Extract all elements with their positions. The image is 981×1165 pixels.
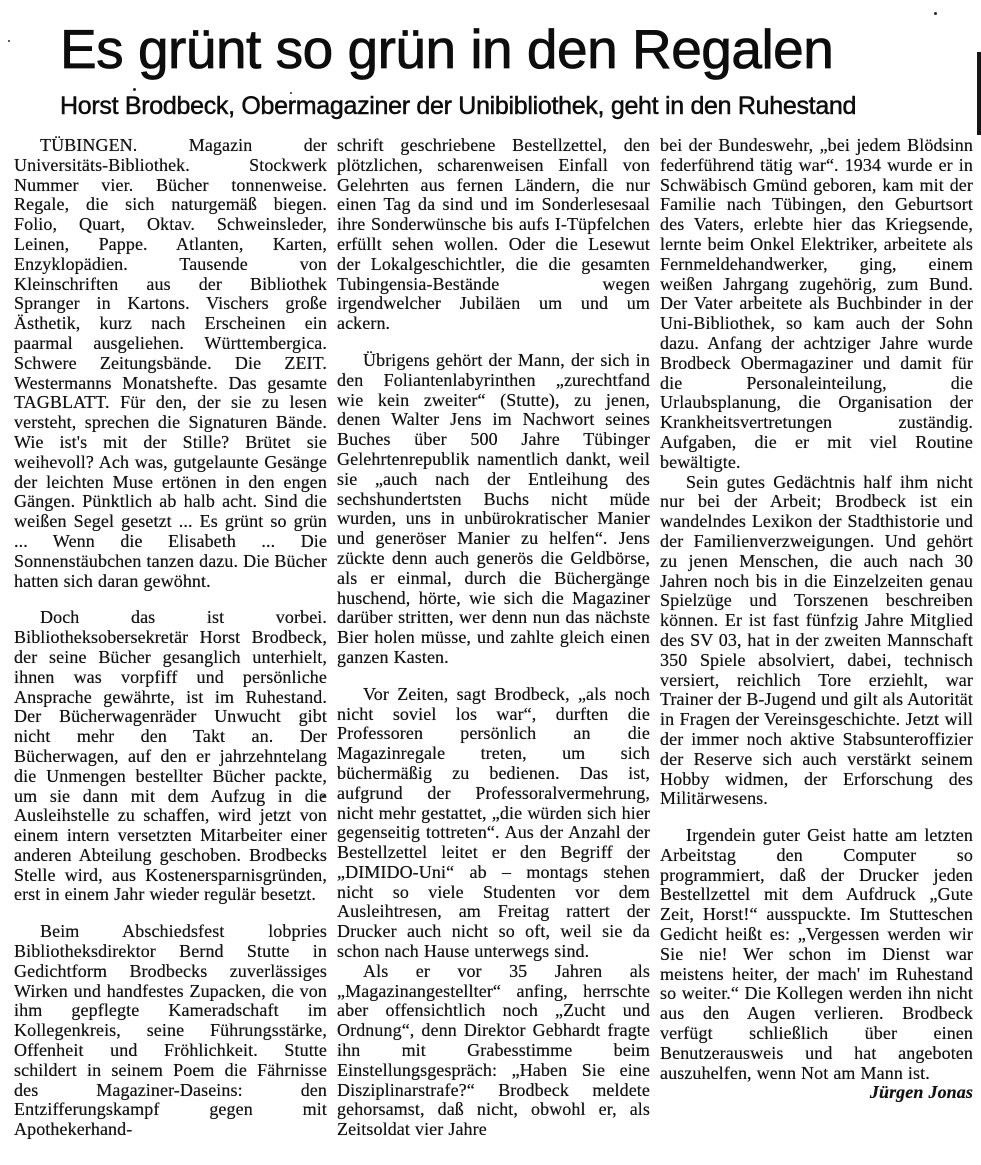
article-subheadline: Horst Brodbeck, Obermagaziner der Unibib…	[60, 92, 981, 120]
scan-speck	[290, 92, 292, 94]
article-columns: TÜBINGEN. Magazin der Universitäts-Bibli…	[0, 136, 981, 1140]
scan-speck	[322, 795, 325, 798]
article-column-1: TÜBINGEN. Magazin der Universitäts-Bibli…	[14, 136, 327, 1140]
newspaper-page: Es grünt so grün in den Regalen Horst Br…	[0, 0, 981, 1165]
paragraph: Beim Abschiedsfest lobpries Bibliotheksd…	[14, 922, 327, 1140]
article-headline: Es grünt so grün in den Regalen	[60, 0, 981, 78]
article-column-3: bei der Bundeswehr, „bei jedem Blödsinn …	[660, 136, 973, 1140]
paragraph: schrift geschriebene Bestellzettel, den …	[337, 136, 650, 334]
scan-speck	[8, 40, 10, 42]
paragraph: Vor Zeiten, sagt Brodbeck, „als noch nic…	[337, 685, 650, 962]
paragraph: Übrigens gehört der Mann, der sich in de…	[337, 351, 650, 668]
scan-speck	[934, 12, 937, 15]
paragraph: Irgendein guter Geist hatte am letzten A…	[660, 826, 973, 1083]
paragraph: Sein gutes Gedächtnis half ihm nicht nur…	[660, 473, 973, 810]
paragraph: Als er vor 35 Jahren als „Magazinangeste…	[337, 962, 650, 1140]
scan-artifact-right-bar	[977, 52, 981, 135]
article-column-2: schrift geschriebene Bestellzettel, den …	[337, 136, 650, 1140]
paragraph: bei der Bundeswehr, „bei jedem Blödsinn …	[660, 136, 973, 473]
author-byline: Jürgen Jonas	[870, 1083, 973, 1103]
paragraph: TÜBINGEN. Magazin der Universitäts-Bibli…	[14, 136, 327, 591]
scan-speck	[133, 88, 136, 91]
paragraph: Doch das ist vorbei. Bibliotheksobersekr…	[14, 608, 327, 905]
